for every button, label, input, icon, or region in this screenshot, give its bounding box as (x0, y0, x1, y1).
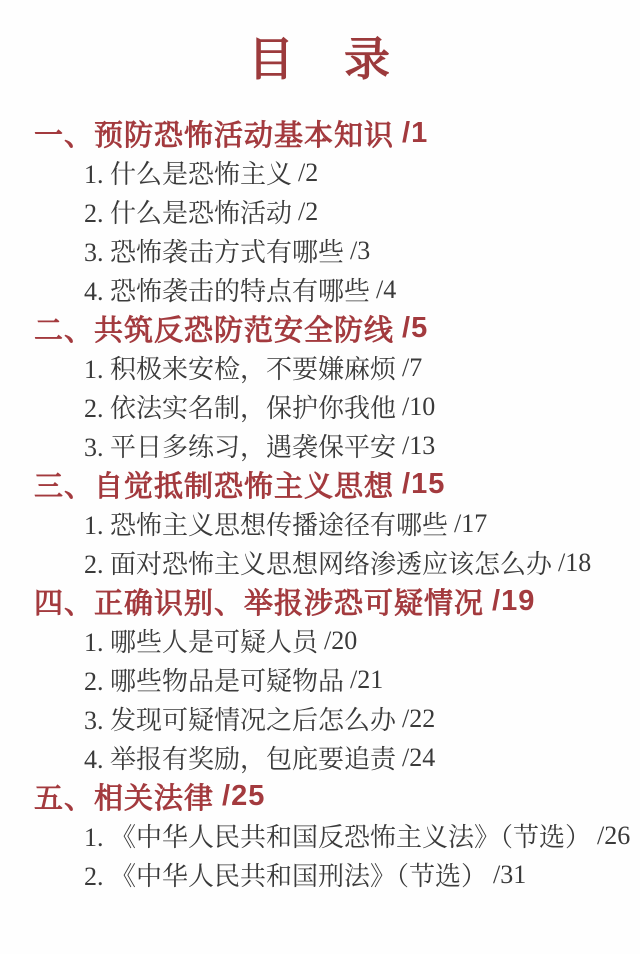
item-page-number: /20 (324, 626, 357, 656)
item-title: 2. 面对恐怖主义思想网络渗透应该怎么办 (84, 544, 552, 581)
toc-item[interactable]: 1. 哪些人是可疑人员 /20 (0, 621, 640, 660)
item-title: 1. 《中华人民共和国反恐怖主义法》（节选） (84, 817, 591, 854)
toc-section-2: 二、共筑反恐防范安全防线 /5 1. 积极来安检，不要嫌麻烦 /7 2. 依法实… (0, 309, 640, 465)
section-title: 一、预防恐怖活动基本知识 (34, 113, 394, 154)
toc-section-heading[interactable]: 二、共筑反恐防范安全防线 /5 (0, 309, 640, 348)
toc-section-5: 五、相关法律 /25 1. 《中华人民共和国反恐怖主义法》（节选） /26 2.… (0, 777, 640, 894)
toc-section-4: 四、正确识别、举报涉恐可疑情况 /19 1. 哪些人是可疑人员 /20 2. 哪… (0, 582, 640, 777)
item-title: 3. 平日多练习，遇袭保平安 (84, 427, 396, 464)
page-title: 目 录 (0, 0, 640, 88)
item-page-number: /26 (597, 821, 630, 851)
item-title: 4. 恐怖袭击的特点有哪些 (84, 271, 370, 308)
toc-item[interactable]: 1. 积极来安检，不要嫌麻烦 /7 (0, 348, 640, 387)
item-title: 4. 举报有奖励，包庇要追责 (84, 739, 396, 776)
item-title: 3. 发现可疑情况之后怎么办 (84, 700, 396, 737)
item-page-number: /7 (402, 353, 422, 383)
toc-item[interactable]: 3. 平日多练习，遇袭保平安 /13 (0, 426, 640, 465)
item-page-number: /17 (454, 509, 487, 539)
item-page-number: /10 (402, 392, 435, 422)
toc-section-heading[interactable]: 四、正确识别、举报涉恐可疑情况 /19 (0, 582, 640, 621)
item-title: 2. 哪些物品是可疑物品 (84, 661, 344, 698)
section-title: 四、正确识别、举报涉恐可疑情况 (34, 581, 484, 622)
toc-section-1: 一、预防恐怖活动基本知识 /1 1. 什么是恐怖主义 /2 2. 什么是恐怖活动… (0, 114, 640, 309)
item-title: 1. 积极来安检，不要嫌麻烦 (84, 349, 396, 386)
item-page-number: /2 (298, 197, 318, 227)
item-title: 1. 恐怖主义思想传播途径有哪些 (84, 505, 448, 542)
section-page-number: /19 (492, 585, 535, 618)
section-title: 五、相关法律 (34, 776, 214, 817)
toc-item[interactable]: 2. 面对恐怖主义思想网络渗透应该怎么办 /18 (0, 543, 640, 582)
toc-section-3: 三、自觉抵制恐怖主义思想 /15 1. 恐怖主义思想传播途径有哪些 /17 2.… (0, 465, 640, 582)
item-page-number: /4 (376, 275, 396, 305)
toc-item[interactable]: 4. 举报有奖励，包庇要追责 /24 (0, 738, 640, 777)
toc-item[interactable]: 1. 《中华人民共和国反恐怖主义法》（节选） /26 (0, 816, 640, 855)
toc-item[interactable]: 2. 哪些物品是可疑物品 /21 (0, 660, 640, 699)
toc-item[interactable]: 3. 发现可疑情况之后怎么办 /22 (0, 699, 640, 738)
section-page-number: /25 (222, 780, 265, 813)
toc-section-heading[interactable]: 三、自觉抵制恐怖主义思想 /15 (0, 465, 640, 504)
item-page-number: /2 (298, 158, 318, 188)
toc-item[interactable]: 1. 恐怖主义思想传播途径有哪些 /17 (0, 504, 640, 543)
toc-section-heading[interactable]: 五、相关法律 /25 (0, 777, 640, 816)
item-title: 2. 什么是恐怖活动 (84, 193, 292, 230)
toc-page: 目 录 一、预防恐怖活动基本知识 /1 1. 什么是恐怖主义 /2 2. 什么是… (0, 0, 640, 954)
item-page-number: /21 (350, 665, 383, 695)
toc-item[interactable]: 3. 恐怖袭击方式有哪些 /3 (0, 231, 640, 270)
section-page-number: /15 (402, 468, 445, 501)
item-title: 2. 《中华人民共和国刑法》（节选） (84, 856, 487, 893)
toc-item[interactable]: 2. 依法实名制，保护你我他 /10 (0, 387, 640, 426)
item-title: 1. 哪些人是可疑人员 (84, 622, 318, 659)
toc-section-heading[interactable]: 一、预防恐怖活动基本知识 /1 (0, 114, 640, 153)
item-page-number: /18 (558, 548, 591, 578)
section-page-number: /5 (402, 312, 428, 345)
item-page-number: /3 (350, 236, 370, 266)
section-page-number: /1 (402, 117, 428, 150)
item-page-number: /13 (402, 431, 435, 461)
item-page-number: /31 (493, 860, 526, 890)
item-page-number: /22 (402, 704, 435, 734)
toc-item[interactable]: 1. 什么是恐怖主义 /2 (0, 153, 640, 192)
toc-list: 一、预防恐怖活动基本知识 /1 1. 什么是恐怖主义 /2 2. 什么是恐怖活动… (0, 114, 640, 894)
item-title: 2. 依法实名制，保护你我他 (84, 388, 396, 425)
toc-item[interactable]: 2. 《中华人民共和国刑法》（节选） /31 (0, 855, 640, 894)
section-title: 三、自觉抵制恐怖主义思想 (34, 464, 394, 505)
toc-item[interactable]: 2. 什么是恐怖活动 /2 (0, 192, 640, 231)
item-title: 1. 什么是恐怖主义 (84, 154, 292, 191)
section-title: 二、共筑反恐防范安全防线 (34, 308, 394, 349)
item-title: 3. 恐怖袭击方式有哪些 (84, 232, 344, 269)
toc-item[interactable]: 4. 恐怖袭击的特点有哪些 /4 (0, 270, 640, 309)
item-page-number: /24 (402, 743, 435, 773)
